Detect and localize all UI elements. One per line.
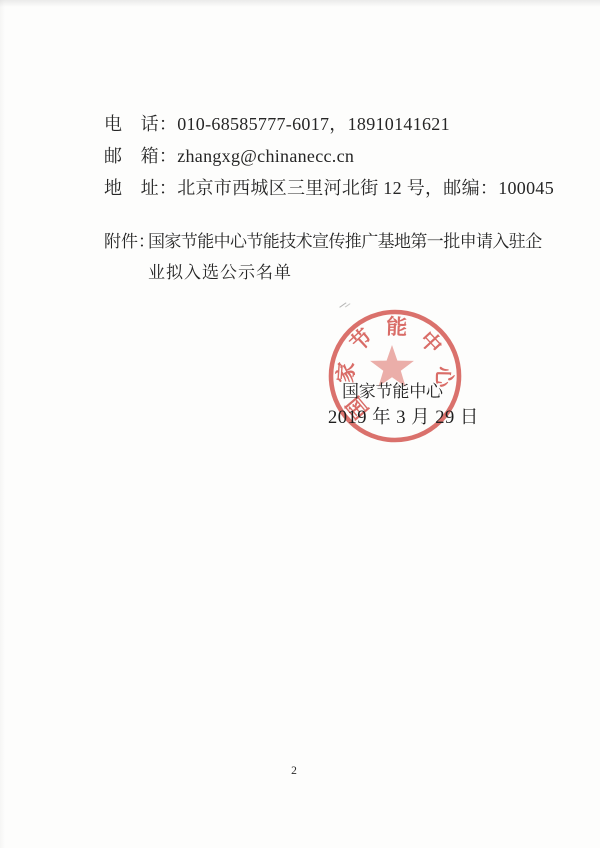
contact-block: 电 话：010-68585777-6017，18910141621 邮 箱：zh… (104, 108, 554, 204)
phone-label: 电 话： (104, 108, 177, 140)
seal-graphic: 国家节能中心 (315, 296, 475, 456)
phone-line: 电 话：010-68585777-6017，18910141621 (104, 108, 554, 140)
attachment-text-line1: 国家节能中心节能技术宣传推广基地第一批申请入驻企 (148, 232, 542, 251)
attachment-label: 附件： (104, 226, 148, 257)
official-seal-stamp: 国家节能中心 (315, 296, 475, 456)
svg-text:能: 能 (386, 315, 408, 340)
address-value: 北京市西城区三里河北街 12 号，邮编：100045 (177, 178, 554, 198)
attachment-text-line2: 业拟入选公示名单 (148, 257, 542, 288)
phone-value: 010-68585777-6017，18910141621 (177, 114, 450, 134)
email-line: 邮 箱：zhangxg@chinanecc.cn (104, 140, 554, 172)
address-label: 地 址： (104, 172, 177, 204)
issuer-name: 国家节能中心 (342, 377, 443, 402)
attachment-row-1: 附件：国家节能中心节能技术宣传推广基地第一批申请入驻企 (104, 226, 542, 257)
document-date: 2019 年 3 月 29 日 (328, 403, 479, 429)
email-label: 邮 箱： (104, 140, 177, 172)
page-number: 2 (282, 765, 306, 777)
address-line: 地 址：北京市西城区三里河北街 12 号，邮编：100045 (104, 172, 554, 204)
email-value: zhangxg@chinanecc.cn (177, 146, 354, 166)
scanned-document-page: 电 话：010-68585777-6017，18910141621 邮 箱：zh… (0, 0, 600, 848)
attachment-block: 附件：国家节能中心节能技术宣传推广基地第一批申请入驻企 业拟入选公示名单 (104, 226, 542, 288)
